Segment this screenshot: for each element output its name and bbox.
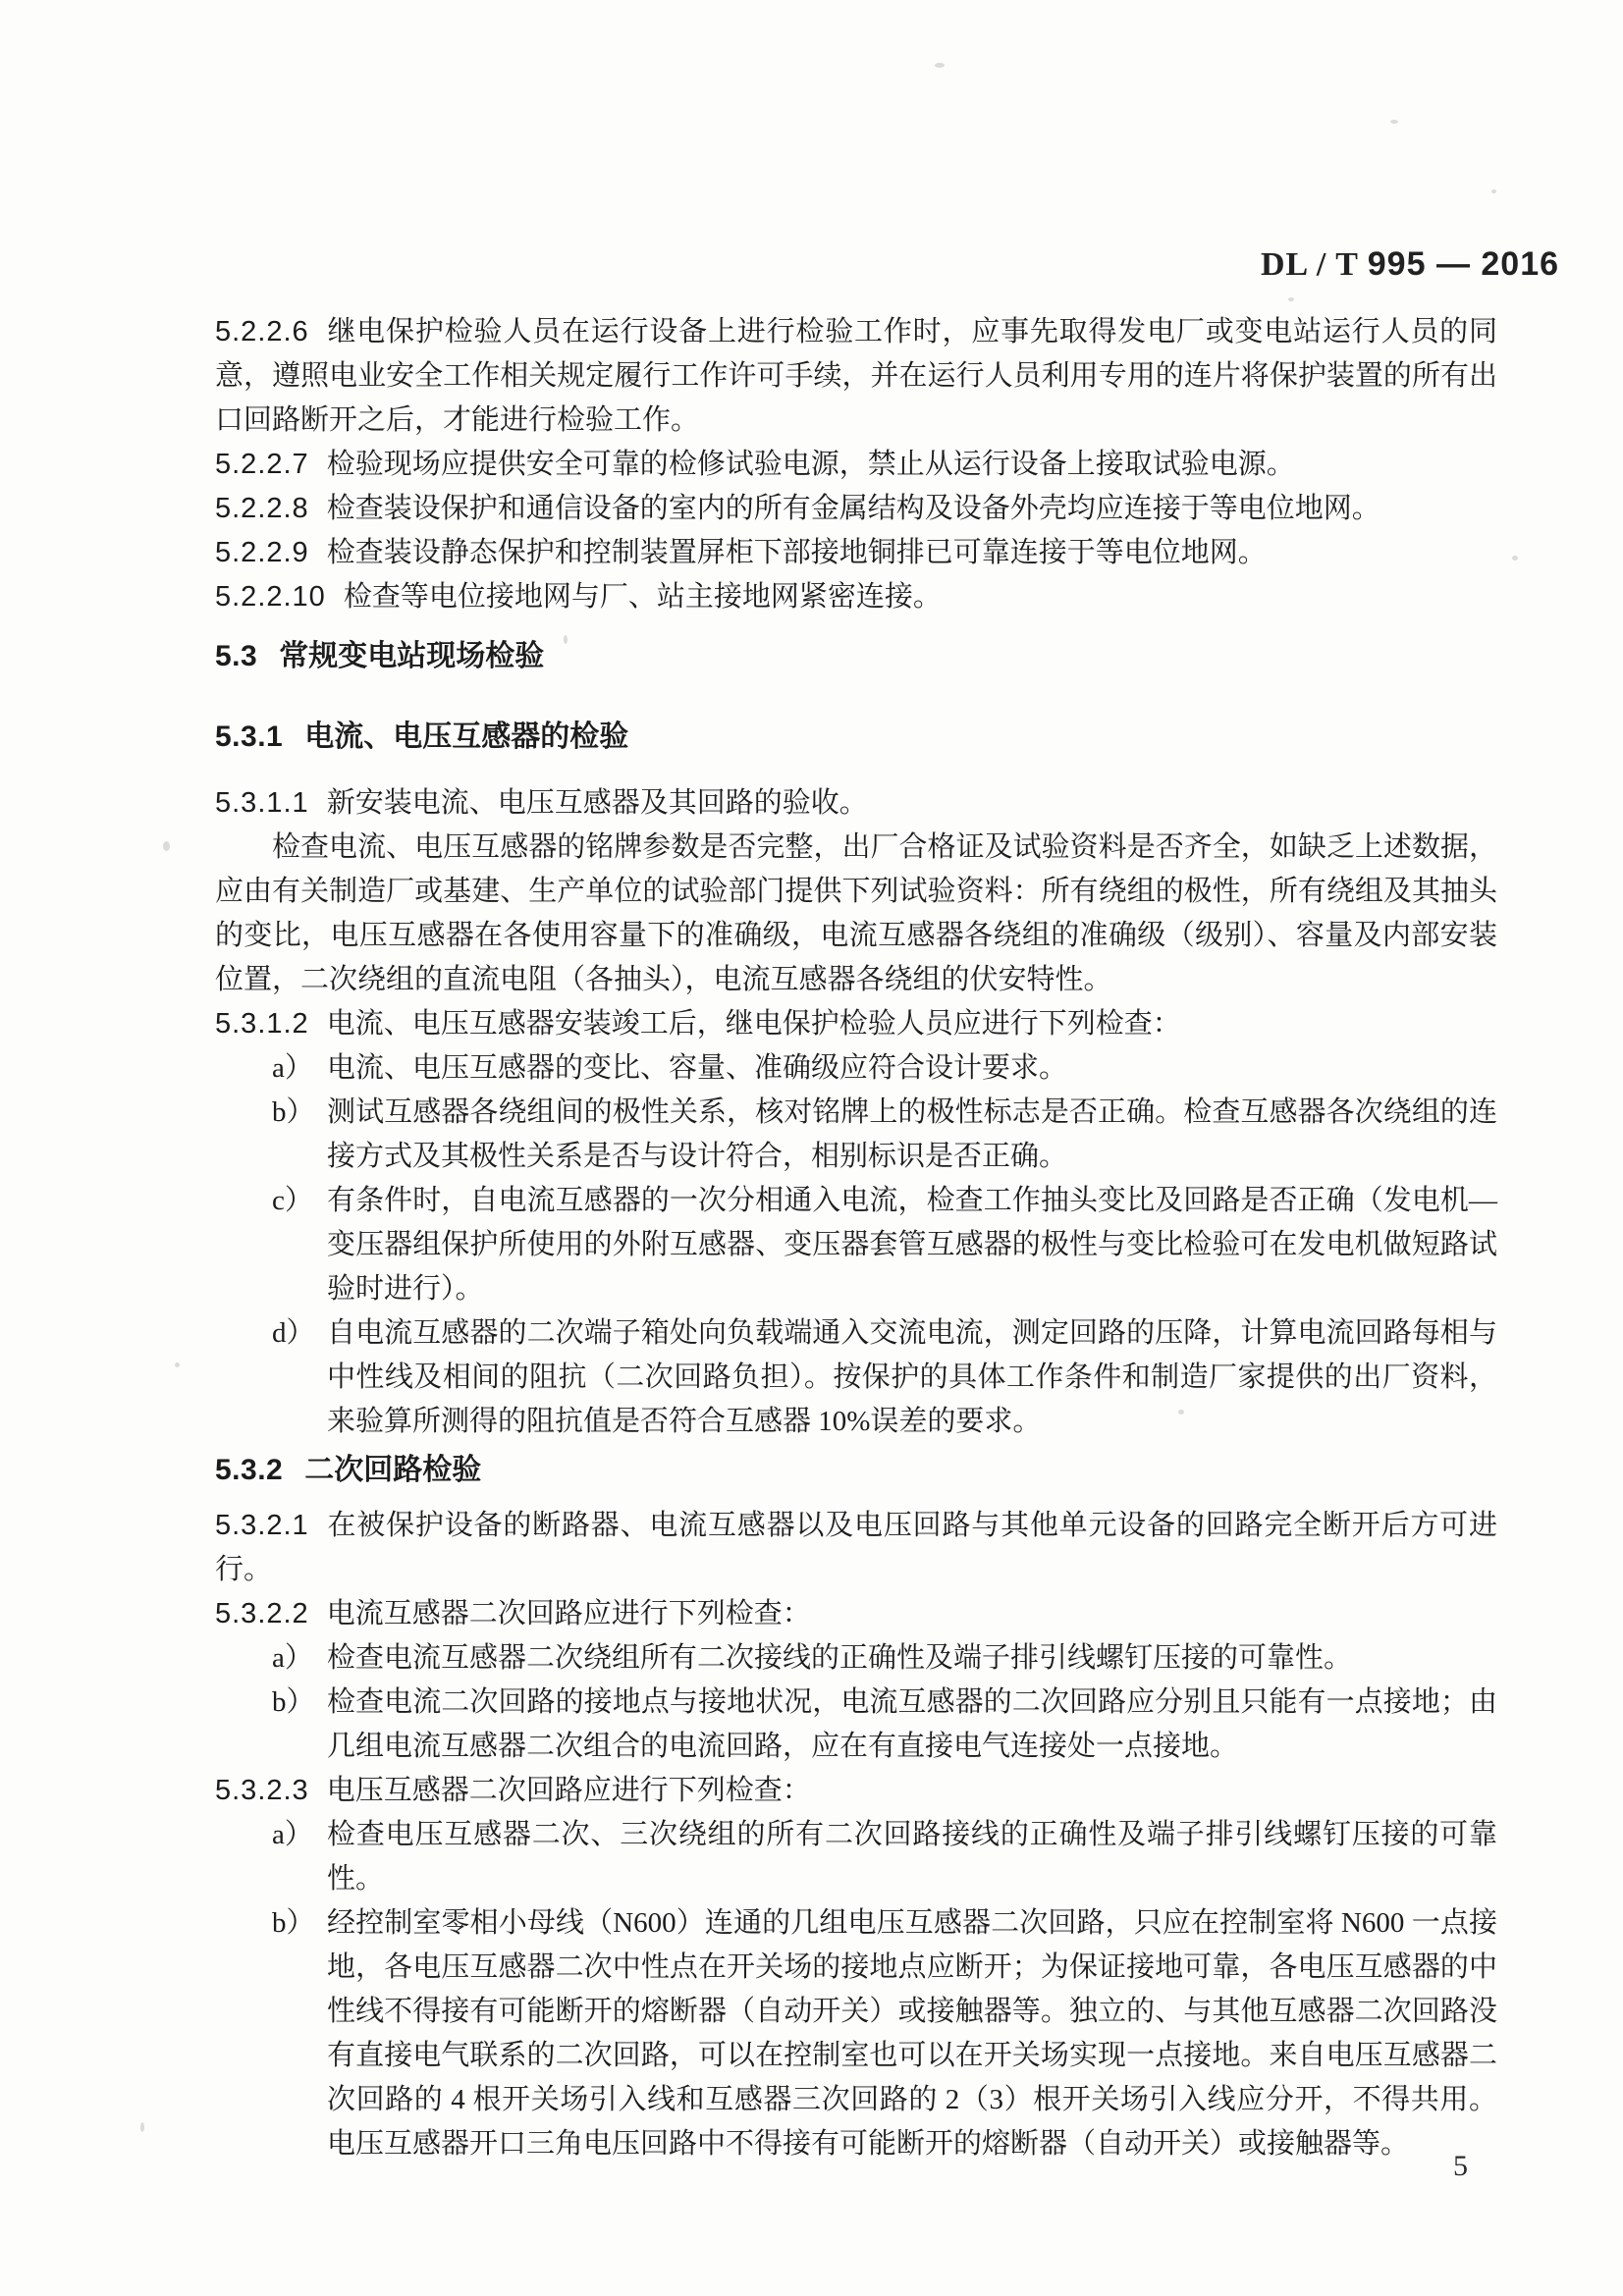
clause-number: 5.2.2.6	[215, 316, 309, 347]
clause-5.2.2.6: 5.2.2.6继电保护检验人员在运行设备上进行检验工作时，应事先取得发电厂或变电…	[215, 310, 1497, 443]
list-item-text: 检查电压互感器二次、三次绕组的所有二次回路接线的正确性及端子排引线螺钉压接的可靠…	[327, 1819, 1497, 1895]
clause-text: 新安装电流、电压互感器及其回路的验收。	[327, 787, 868, 819]
list-item-label: b）	[272, 1091, 315, 1135]
list-item-label: a）	[272, 1046, 313, 1091]
clause-number: 5.2.2.8	[215, 493, 309, 524]
list-item-b: b）检查电流二次回路的接地点与接地状况，电流互感器的二次回路应分别且只能有一点接…	[215, 1681, 1497, 1769]
list-item-label: c）	[272, 1179, 313, 1223]
list-item-text: 有条件时，自电流互感器的一次分相通入电流，检查工作抽头变比及回路是否正确（发电机…	[327, 1185, 1497, 1305]
clause-5.3.2.2: 5.3.2.2电流互感器二次回路应进行下列检查：	[215, 1592, 1497, 1636]
clause-text: 检查等电位接地网与厂、站主接地网紧密连接。	[344, 581, 942, 613]
scan-speck	[140, 2122, 144, 2132]
clause-number: 5.3.2.2	[215, 1598, 309, 1629]
list-item-text: 经控制室零相小母线（N600）连通的几组电压互感器二次回路，只应在控制室将 N6…	[327, 1907, 1497, 2160]
clause-number: 5.2.2.9	[215, 537, 309, 568]
clause-5.3.2.1: 5.3.2.1在被保护设备的断路器、电流互感器以及电压回路与其他单元设备的回路完…	[215, 1504, 1497, 1592]
clause-text: 检验现场应提供安全可靠的检修试验电源，禁止从运行设备上接取试验电源。	[327, 449, 1295, 480]
list-item-label: a）	[272, 1636, 313, 1681]
list-item-label: d）	[272, 1311, 315, 1356]
list-item-label: b）	[272, 1681, 315, 1725]
clause-number: 5.3.1.2	[215, 1008, 309, 1040]
clause-text: 检查装设静态保护和控制装置屏柜下部接地铜排已可靠连接于等电位地网。	[327, 537, 1267, 568]
page-number: 5	[1453, 2150, 1468, 2183]
section-title: 二次回路检验	[304, 1454, 481, 1486]
list-item-d: d）自电流互感器的二次端子箱处向负载端通入交流电流，测定回路的压降，计算电流回路…	[215, 1311, 1497, 1444]
clause-number: 5.3.2.1	[215, 1510, 309, 1541]
clause-text: 电压互感器二次回路应进行下列检查：	[327, 1775, 811, 1806]
document-page: DL / T 995 — 2016 5.2.2.6继电保护检验人员在运行设备上进…	[0, 0, 1623, 2296]
standard-code-header: DL / T 995 — 2016	[1261, 245, 1559, 284]
section-number: 5.3.2	[215, 1454, 283, 1486]
clause-5.2.2.9: 5.2.2.9检查装设静态保护和控制装置屏柜下部接地铜排已可靠连接于等电位地网。	[215, 531, 1497, 575]
clause-text: 在被保护设备的断路器、电流互感器以及电压回路与其他单元设备的回路完全断开后方可进…	[215, 1510, 1497, 1585]
standard-number: 995 — 2016	[1368, 245, 1559, 283]
list-item-text: 自电流互感器的二次端子箱处向负载端通入交流电流，测定回路的压降，计算电流回路每相…	[327, 1317, 1497, 1437]
section-number: 5.3.1	[215, 721, 283, 753]
scan-speck	[1288, 297, 1294, 301]
section-title: 常规变电站现场检验	[279, 640, 544, 672]
scan-speck	[1178, 1410, 1184, 1415]
clause-5.2.2.10: 5.2.2.10检查等电位接地网与厂、站主接地网紧密连接。	[215, 575, 1497, 619]
list-item-text: 检查电流互感器二次绕组所有二次接线的正确性及端子排引线螺钉压接的可靠性。	[327, 1642, 1352, 1674]
list-item-a: a）检查电压互感器二次、三次绕组的所有二次回路接线的正确性及端子排引线螺钉压接的…	[215, 1813, 1497, 1901]
scan-speck	[163, 841, 170, 851]
scan-speck	[1491, 189, 1496, 193]
paragraph-5.3.1.1-body: 检查电流、电压互感器的铭牌参数是否完整，出厂合格证及试验资料是否齐全，如缺乏上述…	[215, 826, 1497, 1002]
clause-5.3.1.2: 5.3.1.2电流、电压互感器安装竣工后，继电保护检验人员应进行下列检查：	[215, 1002, 1497, 1046]
clause-5.3.1.1: 5.3.1.1新安装电流、电压互感器及其回路的验收。	[215, 781, 1497, 826]
section-heading-5.3.1: 5.3.1电流、电压互感器的检验	[215, 715, 1497, 759]
section-heading-5.3: 5.3常规变电站现场检验	[215, 634, 1497, 678]
section-heading-5.3.2: 5.3.2二次回路检验	[215, 1448, 1497, 1492]
list-item-text: 电流、电压互感器的变比、容量、准确级应符合设计要求。	[327, 1052, 1067, 1084]
clause-text: 电流、电压互感器安装竣工后，继电保护检验人员应进行下列检查：	[327, 1008, 1181, 1040]
list-item-b: b）经控制室零相小母线（N600）连通的几组电压互感器二次回路，只应在控制室将 …	[215, 1901, 1497, 2166]
list-item-text: 检查电流二次回路的接地点与接地状况，电流互感器的二次回路应分别且只能有一点接地；…	[327, 1686, 1497, 1762]
scan-speck	[1390, 120, 1398, 124]
document-body: 5.2.2.6继电保护检验人员在运行设备上进行检验工作时，应事先取得发电厂或变电…	[215, 310, 1497, 2166]
clause-5.2.2.7: 5.2.2.7检验现场应提供安全可靠的检修试验电源，禁止从运行设备上接取试验电源…	[215, 443, 1497, 487]
clause-number: 5.2.2.10	[215, 581, 326, 613]
clause-5.3.2.3: 5.3.2.3电压互感器二次回路应进行下列检查：	[215, 1769, 1497, 1813]
scan-speck	[935, 63, 945, 68]
clause-number: 5.3.2.3	[215, 1775, 309, 1806]
clause-number: 5.3.1.1	[215, 787, 309, 819]
scan-speck	[175, 1362, 180, 1367]
clause-5.2.2.8: 5.2.2.8检查装设保护和通信设备的室内的所有金属结构及设备外壳均应连接于等电…	[215, 487, 1497, 531]
list-item-text: 测试互感器各绕组间的极性关系，核对铭牌上的极性标志是否正确。检查互感器各次绕组的…	[327, 1096, 1497, 1172]
section-number: 5.3	[215, 640, 257, 672]
list-item-label: a）	[272, 1813, 313, 1857]
list-item-label: b）	[272, 1901, 315, 1946]
list-item-a: a）检查电流互感器二次绕组所有二次接线的正确性及端子排引线螺钉压接的可靠性。	[215, 1636, 1497, 1681]
list-item-b: b）测试互感器各绕组间的极性关系，核对铭牌上的极性标志是否正确。检查互感器各次绕…	[215, 1091, 1497, 1179]
clause-text: 检查装设保护和通信设备的室内的所有金属结构及设备外壳均应连接于等电位地网。	[327, 493, 1380, 524]
standard-prefix: DL / T	[1261, 246, 1358, 283]
list-item-c: c）有条件时，自电流互感器的一次分相通入电流，检查工作抽头变比及回路是否正确（发…	[215, 1179, 1497, 1311]
clause-text: 电流互感器二次回路应进行下列检查：	[327, 1598, 811, 1629]
scan-speck	[1512, 556, 1518, 561]
clause-number: 5.2.2.7	[215, 449, 309, 480]
scan-speck	[564, 635, 568, 644]
clause-text: 继电保护检验人员在运行设备上进行检验工作时，应事先取得发电厂或变电站运行人员的同…	[215, 316, 1497, 436]
section-title: 电流、电压互感器的检验	[304, 721, 628, 753]
list-item-a: a）电流、电压互感器的变比、容量、准确级应符合设计要求。	[215, 1046, 1497, 1091]
